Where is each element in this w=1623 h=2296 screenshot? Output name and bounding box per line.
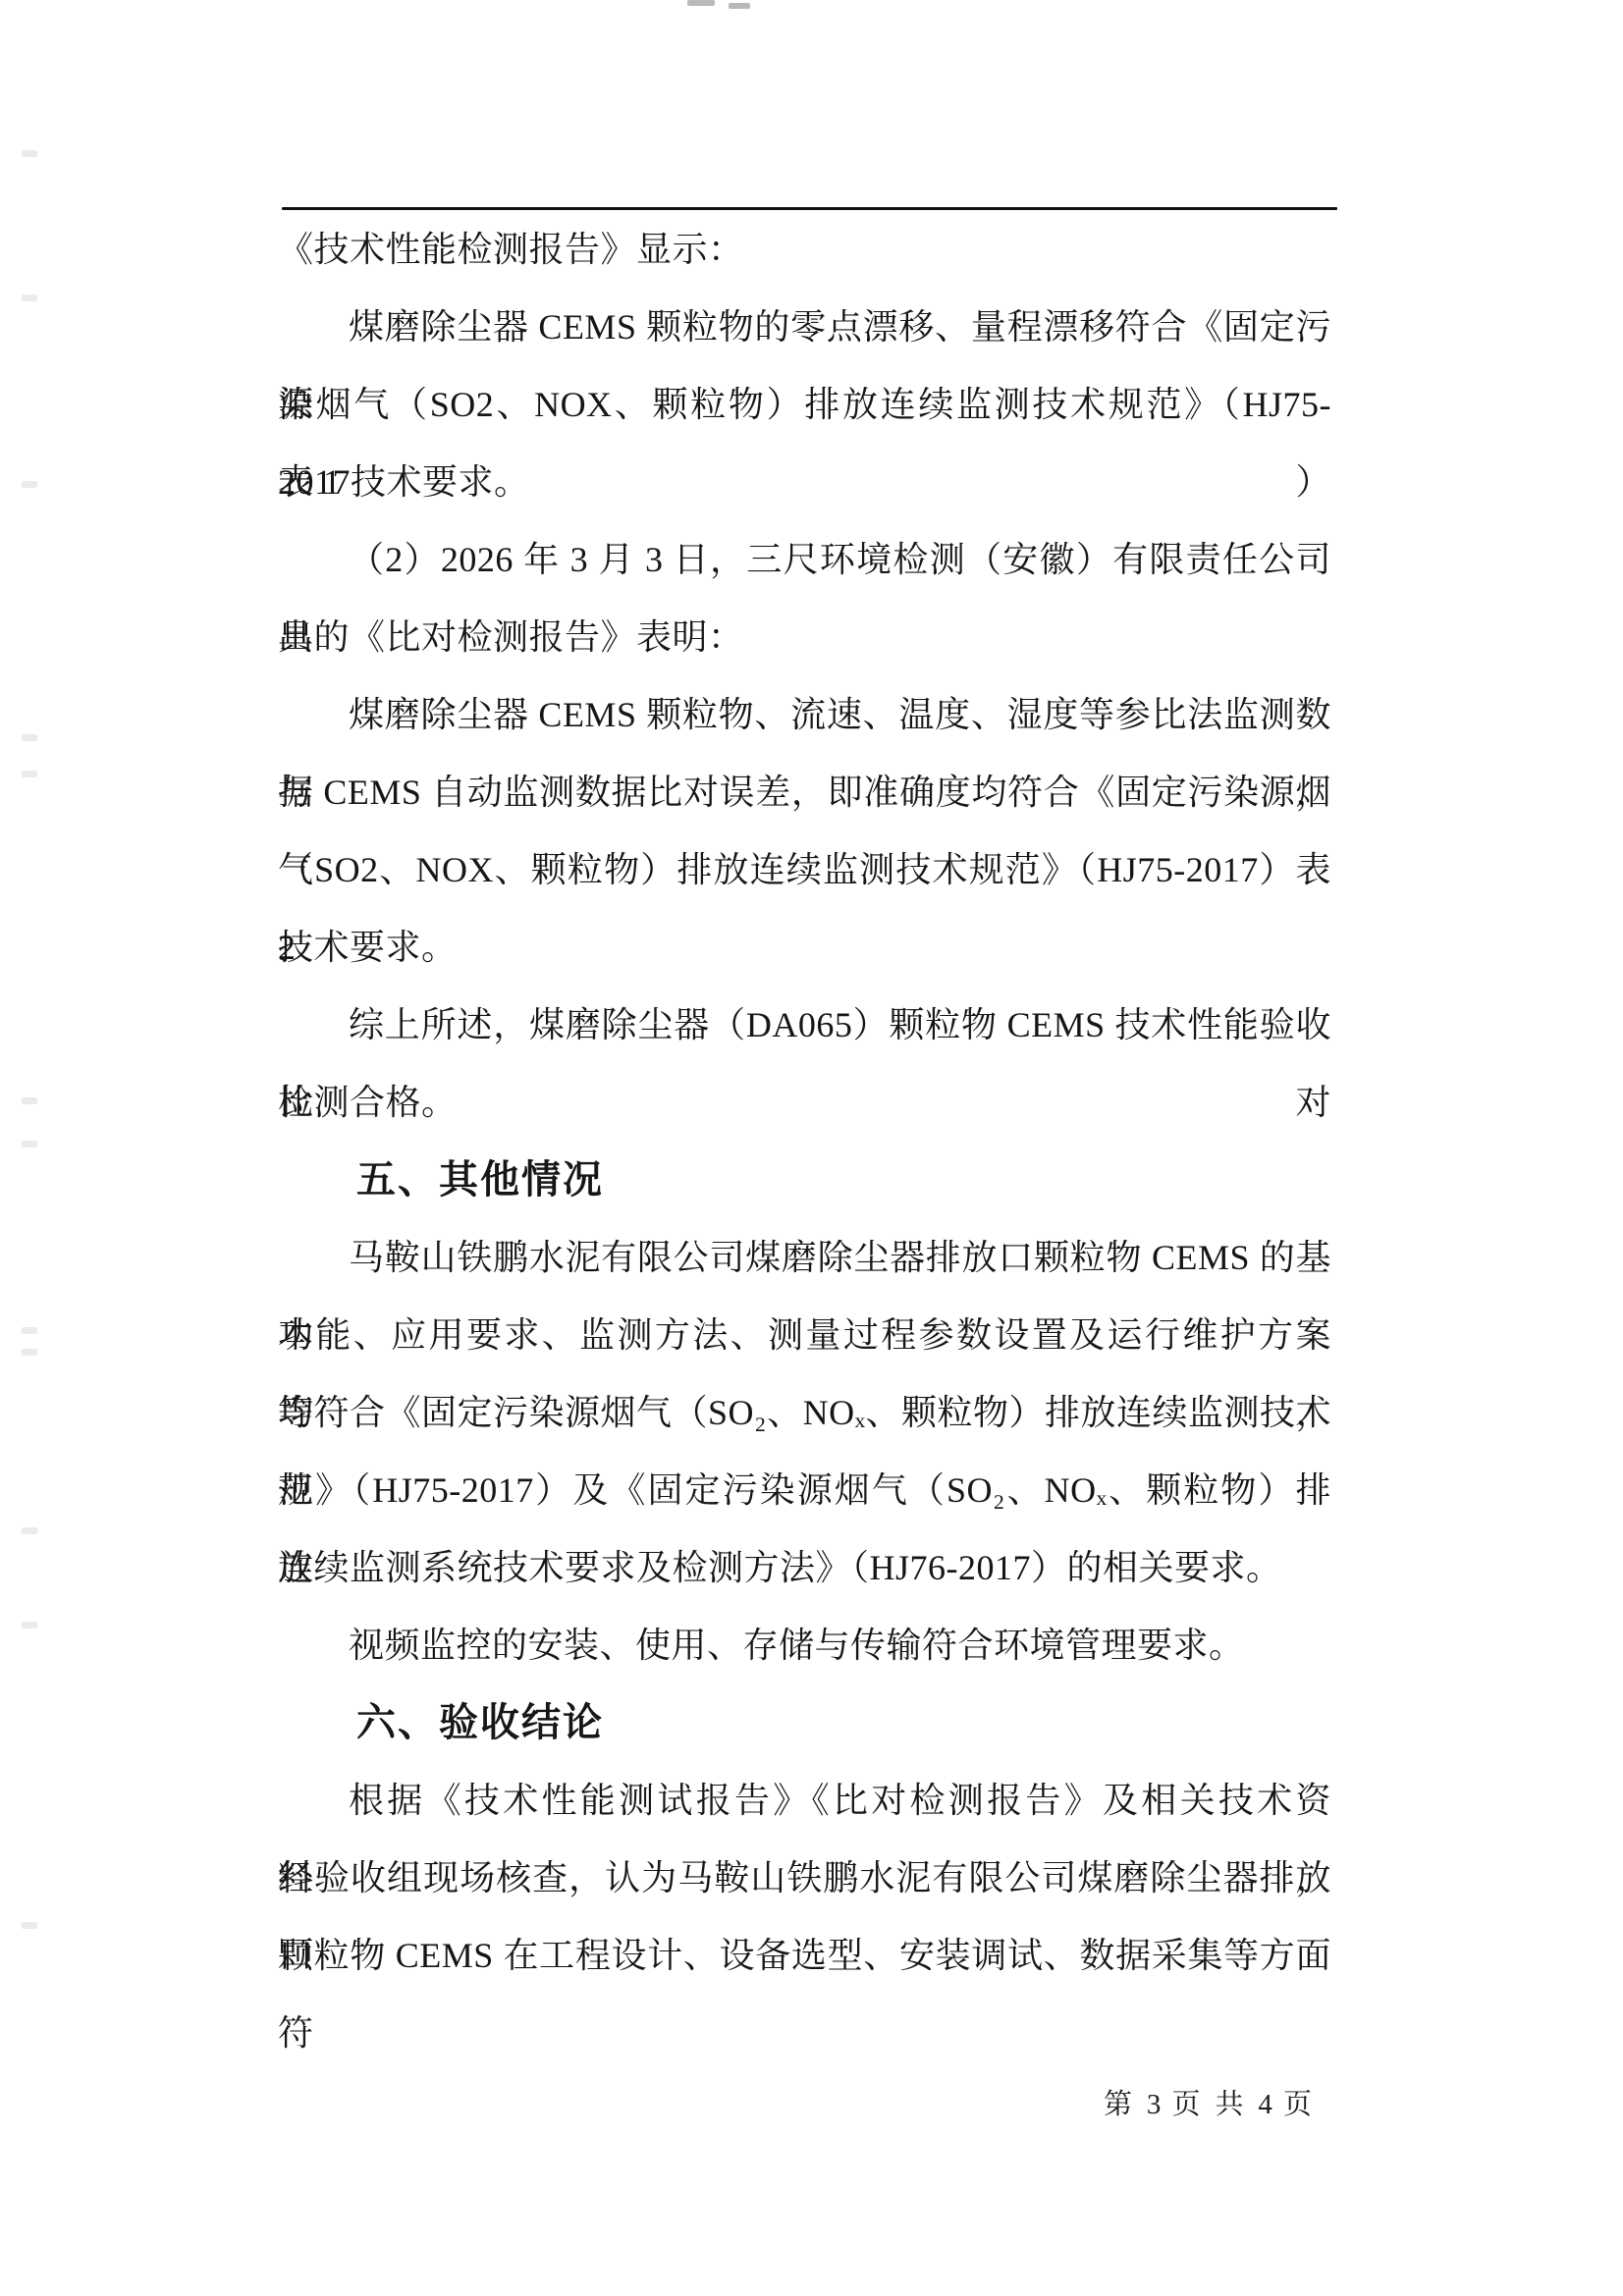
text-line: 范》（HJ75-2017）及《固定污染源烟气（SO₂、NOₓ、颗粒物）排放 xyxy=(278,1452,1331,1529)
text-line: （2）2026 年 3 月 3 日，三尺环境检测（安徽）有限责任公司出 xyxy=(278,521,1331,599)
scan-artifact xyxy=(22,150,37,157)
scan-artifact xyxy=(22,1327,37,1334)
text-line: 技术要求。 xyxy=(278,909,1331,987)
scan-artifact xyxy=(22,481,37,488)
text-line: 综上所述，煤磨除尘器（DA065）颗粒物 CEMS 技术性能验收比对 xyxy=(278,987,1331,1064)
scan-speck xyxy=(687,0,715,6)
text-line: 煤磨除尘器 CEMS 颗粒物、流速、温度、湿度等参比法监测数据， xyxy=(278,676,1331,754)
scan-artifact xyxy=(22,294,37,301)
text-line: 功能、应用要求、监测方法、测量过程参数设置及运行维护方案等， xyxy=(278,1297,1331,1374)
scan-artifact xyxy=(22,1141,37,1148)
text-line: 源烟气（SO2、NOX、颗粒物）排放连续监测技术规范》（HJ75-2017） xyxy=(278,366,1331,444)
text-line: 视频监控的安装、使用、存储与传输符合环境管理要求。 xyxy=(278,1607,1331,1684)
page-number: 第 3 页 共 4 页 xyxy=(1104,2083,1312,2126)
scan-artifact xyxy=(22,1097,37,1104)
text-line: 与 CEMS 自动监测数据比对误差，即准确度均符合《固定污染源烟气 xyxy=(278,754,1331,831)
scan-artifact xyxy=(22,1349,37,1356)
text-line: 连续监测系统技术要求及检测方法》（HJ76-2017）的相关要求。 xyxy=(278,1529,1331,1607)
text-line: 颗粒物 CEMS 在工程设计、设备选型、安装调试、数据采集等方面符 xyxy=(278,1917,1331,1995)
header-rule xyxy=(282,207,1337,210)
section-heading: 六、验收结论 xyxy=(278,1684,1331,1762)
scan-speck xyxy=(729,3,750,9)
text-line: 煤磨除尘器 CEMS 颗粒物的零点漂移、量程漂移符合《固定污染 xyxy=(278,289,1331,366)
document-page: 《技术性能检测报告》显示： 煤磨除尘器 CEMS 颗粒物的零点漂移、量程漂移符合… xyxy=(0,0,1623,2296)
text-line: （SO2、NOX、颗粒物）排放连续监测技术规范》（HJ75-2017）表 2 xyxy=(278,831,1331,909)
text-line: 具的《比对检测报告》表明： xyxy=(278,599,1331,676)
text-line: 经验收组现场核查，认为马鞍山铁鹏水泥有限公司煤磨除尘器排放口 xyxy=(278,1840,1331,1917)
document-body: 《技术性能检测报告》显示： 煤磨除尘器 CEMS 颗粒物的零点漂移、量程漂移符合… xyxy=(278,211,1331,1995)
text-line: 马鞍山铁鹏水泥有限公司煤磨除尘器排放口颗粒物 CEMS 的基本 xyxy=(278,1219,1331,1297)
text-line: 根据《技术性能测试报告》《比对检测报告》及相关技术资料， xyxy=(278,1762,1331,1840)
scan-artifact xyxy=(22,1622,37,1629)
scan-artifact xyxy=(22,1922,37,1929)
text-line: 《技术性能检测报告》显示： xyxy=(278,211,1331,289)
scan-artifact xyxy=(22,734,37,741)
scan-artifact xyxy=(22,1527,37,1534)
section-heading: 五、其他情况 xyxy=(278,1142,1331,1219)
text-line: 均符合《固定污染源烟气（SO₂、NOₓ、颗粒物）排放连续监测技术规 xyxy=(278,1374,1331,1452)
scan-artifact xyxy=(22,771,37,777)
